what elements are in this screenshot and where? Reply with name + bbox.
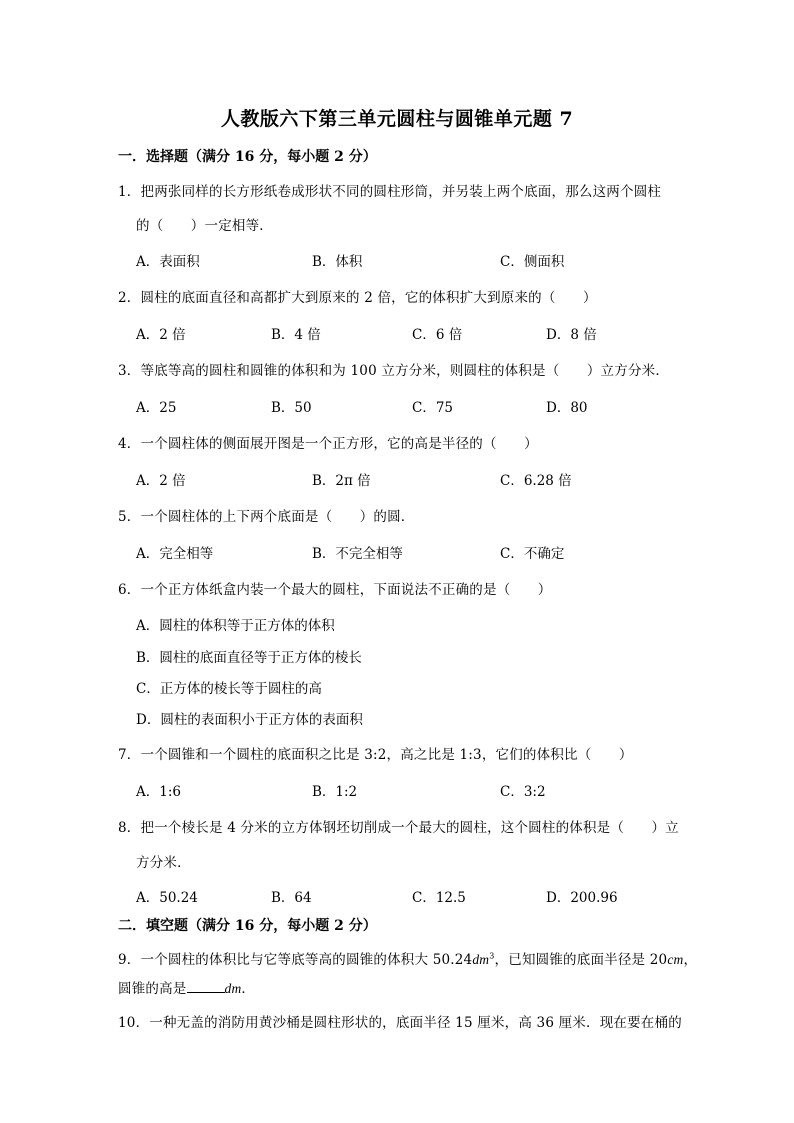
question-6-option-b: B．圆柱的底面直径等于正方体的棱长 (136, 646, 362, 666)
question-1-line-2: 的（ ）一定相等． (136, 214, 273, 234)
question-5-line-1: 5．一个圆柱体的上下两个底面是（ ）的圆． (118, 505, 415, 525)
question-10-line-1: 10．一种无盖的消防用黄沙桶是圆柱形状的，底面半径 15 厘米，高 36 厘米．… (118, 1011, 682, 1031)
question-6-option-a: A．圆柱的体积等于正方体的体积 (136, 614, 335, 634)
question-1-option-a: A．表面积 (136, 250, 200, 270)
question-7-line-1: 7．一个圆锥和一个圆柱的底面积之比是 3:2，高之比是 1:3，它们的体积比（ … (118, 743, 633, 763)
question-4-option-c: C．6.28 倍 (500, 469, 572, 489)
question-2-option-c: C．6 倍 (412, 323, 462, 343)
question-4-option-a: A．2 倍 (136, 469, 186, 489)
question-6-line-1: 6．一个正方体纸盒内装一个最大的圆柱，下面说法不正确的是（ ） (118, 578, 552, 598)
question-7-option-b: B．1:2 (312, 780, 357, 800)
question-8-option-c: C．12.5 (412, 886, 466, 906)
question-7-option-c: C．3:2 (500, 780, 546, 800)
answer-blank[interactable] (187, 980, 225, 993)
question-3-option-c: C．75 (412, 396, 453, 416)
question-4-line-1: 4．一个圆柱体的侧面展开图是一个正方形，它的高是半径的（ ） (118, 432, 538, 452)
question-3-option-d: D．80 (546, 396, 588, 416)
document-title: 人教版六下第三单元圆柱与圆锥单元题 7 (0, 104, 794, 131)
question-8-option-b: B．64 (271, 886, 312, 906)
question-9-line-2: 圆锥的高是dm． (118, 977, 255, 997)
question-5-option-c: C．不确定 (500, 542, 564, 562)
question-8-line-2: 方分米． (136, 851, 191, 871)
question-3-option-b: B．50 (271, 396, 312, 416)
question-5-option-a: A．完全相等 (136, 542, 213, 562)
document-page: 人教版六下第三单元圆柱与圆锥单元题 7 一．选择题（满分 16 分，每小题 2 … (0, 0, 794, 1123)
question-1-option-c: C．侧面积 (500, 250, 564, 270)
question-1-line-1: 1．把两张同样的长方形纸卷成形状不同的圆柱形筒，并另装上两个底面，那么这两个圆柱 (118, 180, 661, 200)
question-9-line-1: 9．一个圆柱的体积比与它等底等高的圆锥的体积大 50.24dm3，已知圆锥的底面… (118, 948, 697, 968)
question-1-option-b: B．体积 (312, 250, 362, 270)
question-6-option-c: C．正方体的棱长等于圆柱的高 (136, 677, 322, 697)
section-heading-fill-blank: 二．填空题（满分 16 分，每小题 2 分） (118, 915, 377, 935)
question-3-line-1: 3．等底等高的圆柱和圆锥的体积和为 100 立方分米，则圆柱的体积是（ ）立方分… (118, 359, 669, 379)
question-2-option-d: D．8 倍 (546, 323, 597, 343)
question-2-line-1: 2．圆柱的底面直径和高都扩大到原来的 2 倍，它的体积扩大到原来的（ ） (118, 286, 597, 306)
question-8-line-1: 8．把一个棱长是 4 分米的立方体钢坯切削成一个最大的圆柱，这个圆柱的体积是（ … (118, 816, 679, 836)
question-8-option-a: A．50.24 (136, 886, 198, 906)
question-3-option-a: A．25 (136, 396, 176, 416)
question-2-option-b: B．4 倍 (271, 323, 321, 343)
question-5-option-b: B．不完全相等 (312, 542, 403, 562)
question-7-option-a: A．1:6 (136, 780, 181, 800)
question-2-option-a: A．2 倍 (136, 323, 186, 343)
question-8-option-d: D．200.96 (546, 886, 618, 906)
question-4-option-b: B．2π 倍 (312, 469, 371, 489)
question-6-option-d: D．圆柱的表面积小于正方体的表面积 (136, 708, 363, 728)
section-heading-choice: 一．选择题（满分 16 分，每小题 2 分） (118, 146, 377, 166)
